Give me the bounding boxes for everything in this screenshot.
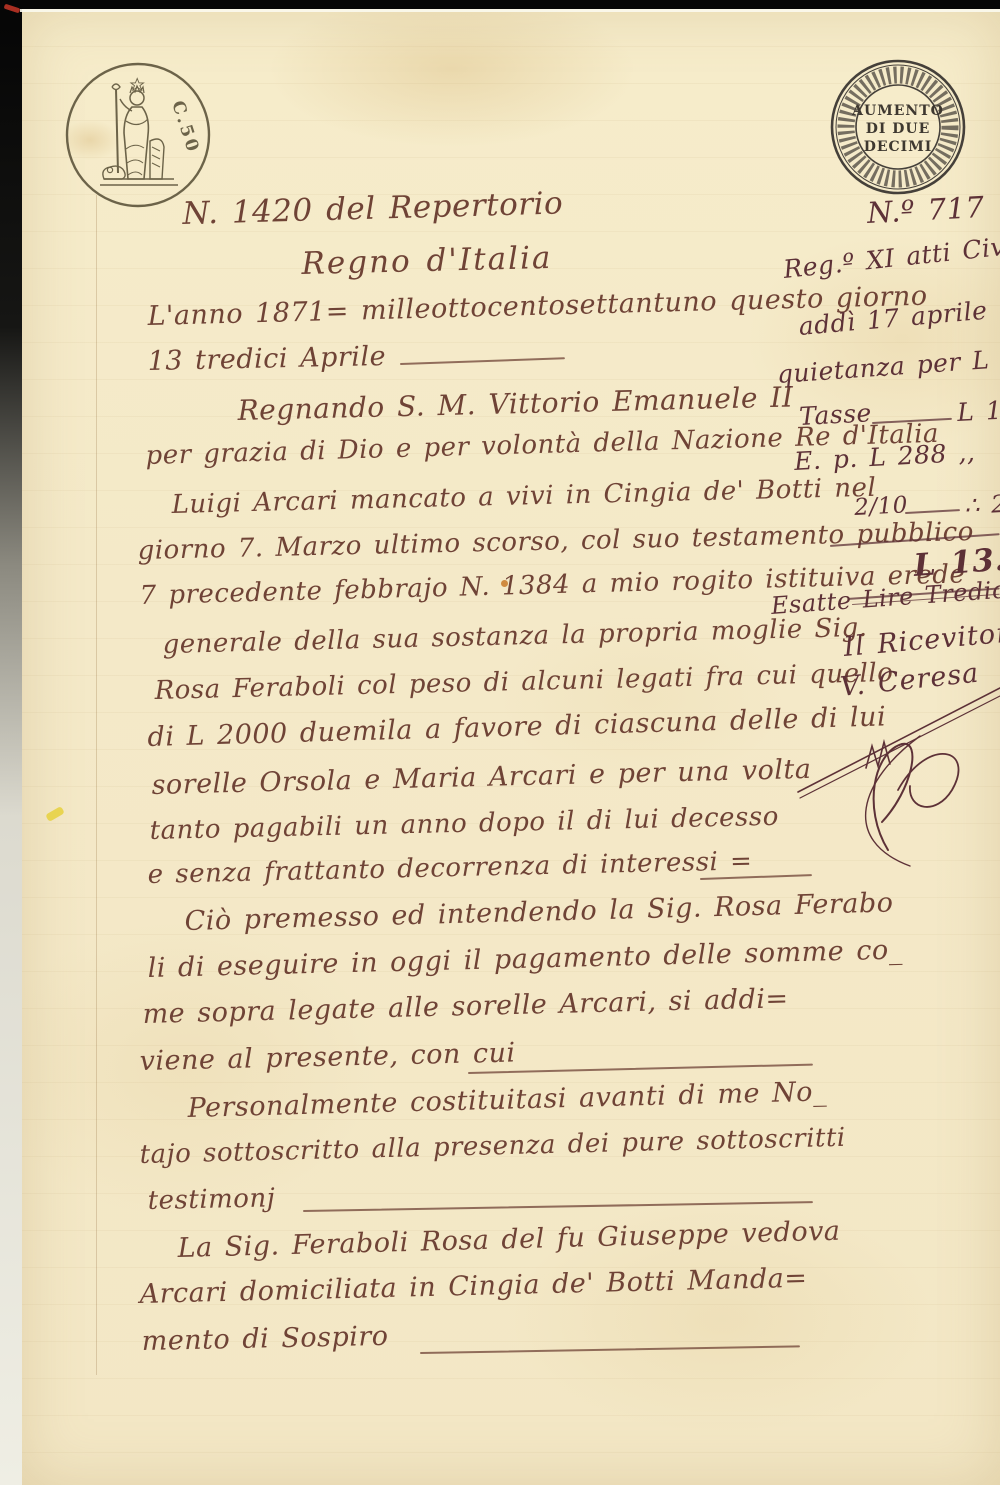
scan-left-edge [0, 0, 22, 1485]
margin-frazione-value: ∴ 2 [964, 490, 1000, 520]
signature-flourish [770, 640, 1000, 900]
revenue-stamp-c50: C.50 [58, 55, 218, 219]
body-line: 13 tredici Aprile [147, 341, 386, 377]
stamp-right-line1: AUMENTO [851, 103, 944, 119]
stamp-right-line2: DI DUE [866, 121, 931, 137]
body-line: testimonj [147, 1183, 275, 1216]
aumento-due-decimi-stamp: AUMENTO DI DUE DECIMI [823, 52, 973, 206]
stamp-left-value: C.50 [167, 98, 203, 156]
margin-numero: N.º 717 [866, 190, 985, 230]
allegorical-italia-figure [100, 78, 178, 185]
margin-tasse-label: Tasse [798, 398, 872, 431]
stamp-right-line3: DECIMI [864, 139, 933, 155]
scan-top-edge [0, 0, 1000, 9]
body-line: mento di Sospiro [141, 1321, 388, 1357]
margin-rule-vertical [96, 195, 97, 1375]
margin-tasse-value: L 1 [956, 396, 1000, 427]
paper-top-highlight [20, 9, 1000, 12]
margin-frazione: 2/10 [854, 492, 909, 521]
regno-italia-line: Regno d'Italia [301, 240, 553, 282]
scanned-notarial-document: C.50 AUMENTO DI DUE DECIMI N. 1420 del R… [0, 0, 1000, 1485]
